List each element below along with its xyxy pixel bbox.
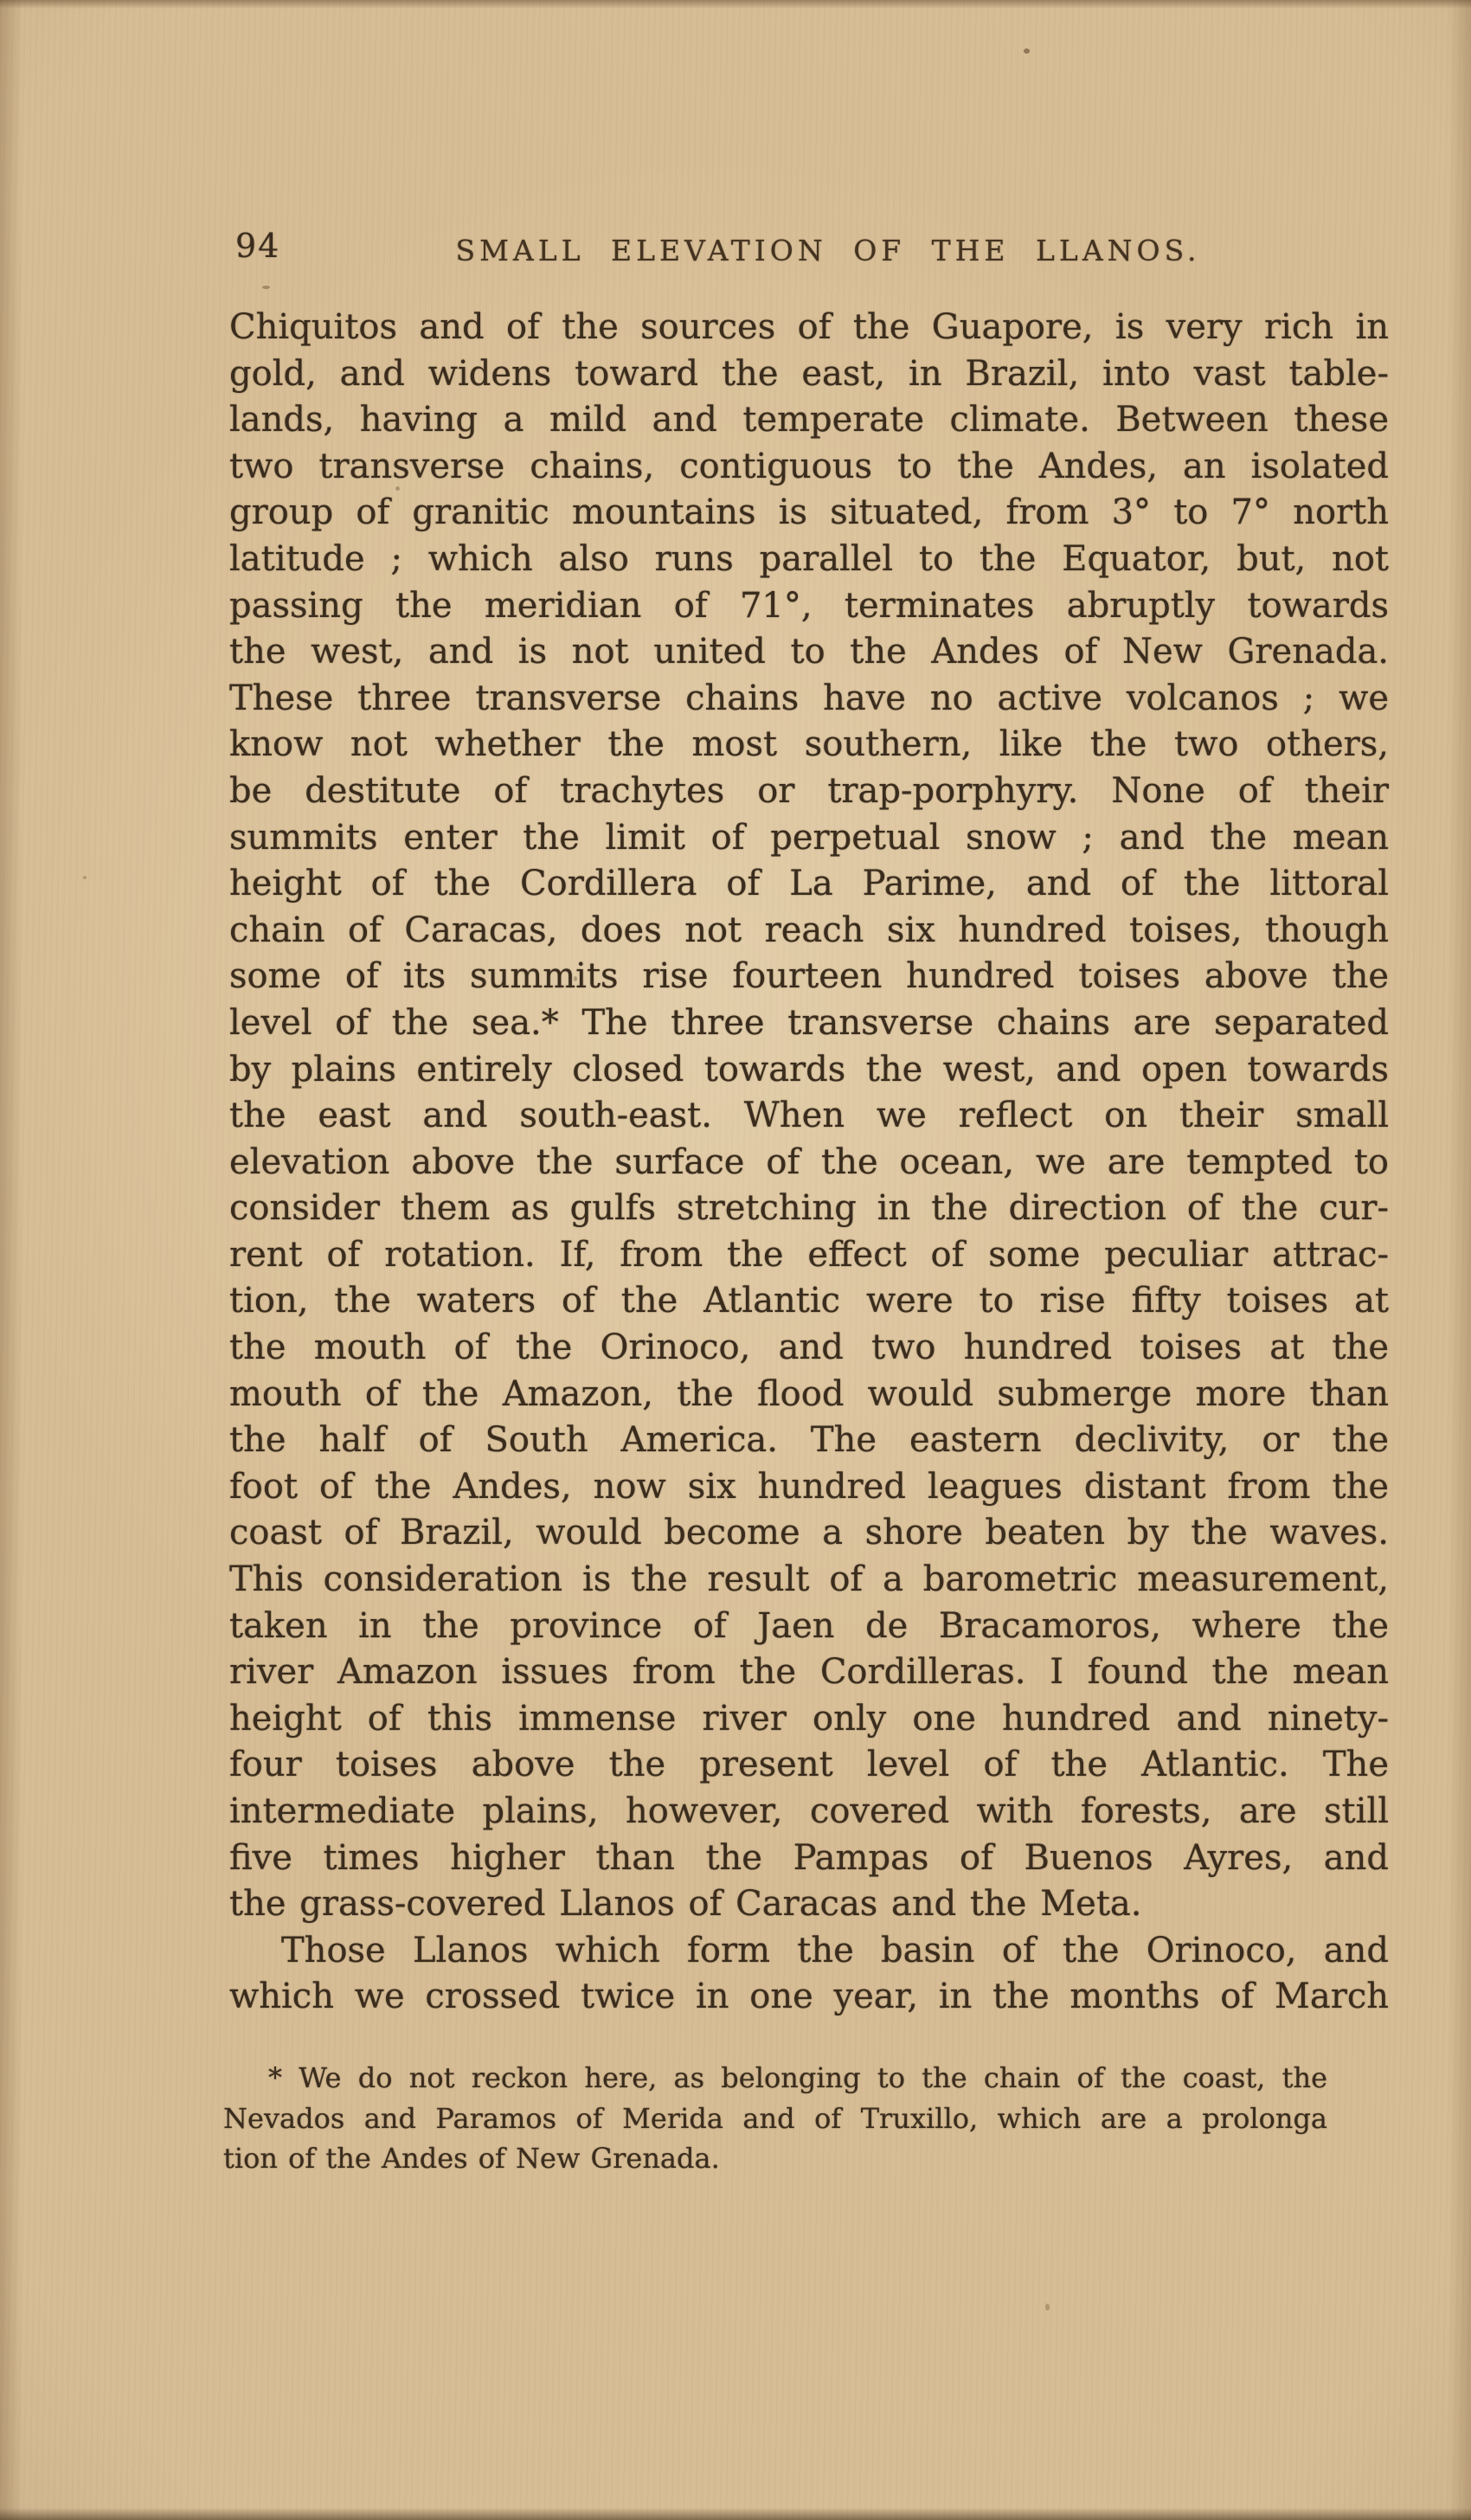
body-text-line: coast of Brazil, would become a shore be… <box>229 1510 1389 1557</box>
body-text-line: five times higher than the Pampas of Bue… <box>229 1835 1389 1882</box>
body-text-line: summits enter the limit of perpetual sno… <box>229 815 1389 862</box>
body-text-line: consider them as gulfs stretching in the… <box>229 1186 1389 1232</box>
body-text-line: which we crossed twice in one year, in t… <box>229 1974 1389 2021</box>
body-text-block: Chiquitos and of the sources of the Guap… <box>229 305 1389 2021</box>
body-text-line: four toises above the present level of t… <box>229 1742 1389 1789</box>
body-text-line: the east and south-east. When we reflect… <box>229 1093 1389 1140</box>
body-text-line: group of granitic mountains is situated,… <box>229 490 1389 537</box>
footnote-line: * We do not reckon here, as belonging to… <box>223 2058 1327 2099</box>
body-text-line: by plains entirely closed towards the we… <box>229 1047 1389 1094</box>
body-text-line: some of its summits rise fourteen hundre… <box>229 954 1389 1000</box>
body-text-line: level of the sea.* The three transverse … <box>229 1000 1389 1047</box>
running-header: SMALL ELEVATION OF THE LLANOS. <box>455 234 1200 267</box>
body-text-line: know not whether the most southern, like… <box>229 722 1389 768</box>
body-text-line: intermediate plains, however, covered wi… <box>229 1789 1389 1835</box>
body-text-line: elevation above the surface of the ocean… <box>229 1140 1389 1186</box>
body-text-line: chain of Caracas, does not reach six hun… <box>229 908 1389 955</box>
body-text-line: height of the Cordillera of La Parime, a… <box>229 861 1389 908</box>
body-text-line: the half of South America. The eastern d… <box>229 1417 1389 1464</box>
scan-speck <box>83 876 87 879</box>
body-text-line: height of this immense river only one hu… <box>229 1696 1389 1743</box>
scan-speck <box>395 486 400 491</box>
scan-speck <box>1024 48 1030 54</box>
body-text-line: river Amazon issues from the Cordilleras… <box>229 1649 1389 1696</box>
body-text-line: lands, having a mild and temperate clima… <box>229 397 1389 444</box>
body-text-line: latitude ; which also runs parallel to t… <box>229 537 1389 583</box>
body-text-line: passing the meridian of 71°, terminates … <box>229 583 1389 630</box>
footnote-line: Nevados and Paramos of Merida and of Tru… <box>223 2099 1327 2139</box>
footnote-block: * We do not reckon here, as belonging to… <box>223 2058 1327 2179</box>
body-text-line: gold, and widens toward the east, in Bra… <box>229 351 1389 398</box>
body-text-line: tion, the waters of the Atlantic were to… <box>229 1278 1389 1325</box>
body-text-line: foot of the Andes, now six hundred leagu… <box>229 1464 1389 1511</box>
body-text-line: This consideration is the result of a ba… <box>229 1557 1389 1604</box>
scan-speck <box>262 286 270 289</box>
body-text-line: the mouth of the Orinoco, and two hundre… <box>229 1325 1389 1372</box>
body-text-line: be destitute of trachytes or trap-porphy… <box>229 768 1389 815</box>
footnote-line: tion of the Andes of New Grenada. <box>223 2138 1327 2179</box>
body-text-line: two transverse chains, contiguous to the… <box>229 444 1389 491</box>
body-text-line: rent of rotation. If, from the effect of… <box>229 1232 1389 1279</box>
body-text-line: taken in the province of Jaen de Bracamo… <box>229 1604 1389 1650</box>
book-page-scan: 94 SMALL ELEVATION OF THE LLANOS. Chiqui… <box>0 0 1471 2520</box>
body-text-line: mouth of the Amazon, the flood would sub… <box>229 1372 1389 1418</box>
scan-speck <box>574 976 577 981</box>
body-text-line: the west, and is not united to the Andes… <box>229 629 1389 676</box>
page-number: 94 <box>235 227 280 265</box>
body-text-line: Those Llanos which form the basin of the… <box>229 1928 1389 1975</box>
body-text-line: These three transverse chains have no ac… <box>229 676 1389 723</box>
body-text-line: the grass-covered Llanos of Caracas and … <box>229 1881 1389 1928</box>
scan-speck <box>1045 2304 1050 2311</box>
body-text-line: Chiquitos and of the sources of the Guap… <box>229 305 1389 351</box>
